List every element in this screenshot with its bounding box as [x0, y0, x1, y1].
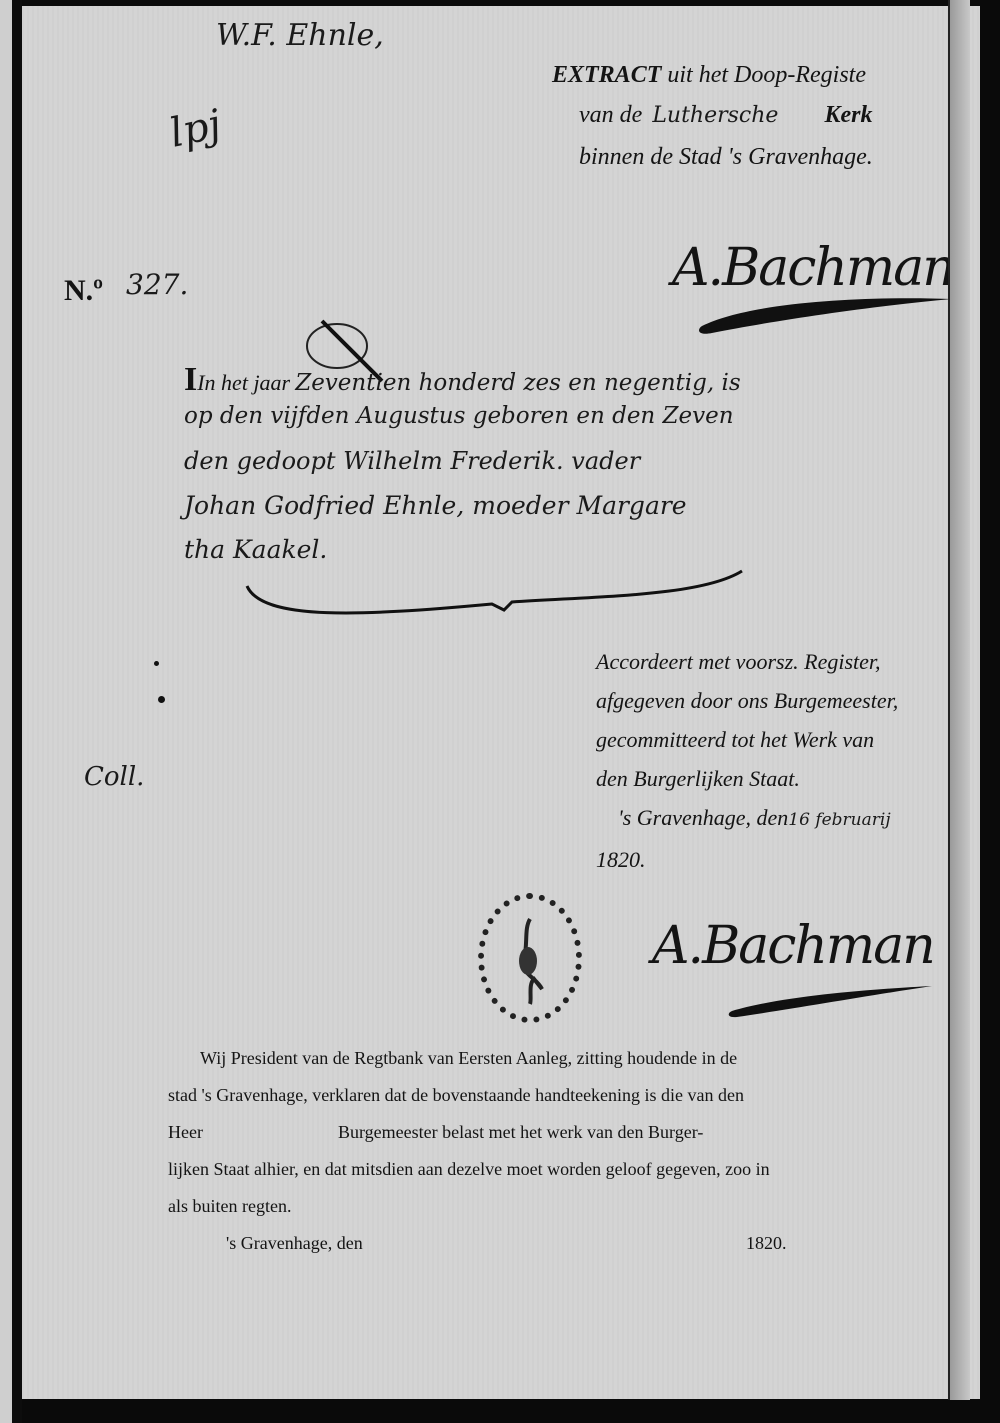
court-attestation: Wij President van de Regtbank van Eerste… — [168, 1040, 978, 1262]
title-line-3: binnen de Stad 's Gravenhage. — [579, 144, 873, 171]
document-page: W.F. Ehnle, lpj EXTRACT uit het Doop-Reg… — [22, 6, 980, 1399]
certification-place-date: 's Gravenhage, den16 februarij — [596, 798, 898, 840]
margin-name: W.F. Ehnle, — [216, 18, 384, 53]
binding-fold — [12, 0, 22, 1423]
entry-line: den gedoopt Wilhelm Frederik. vader — [184, 447, 984, 491]
attestation-line: Heer Burgemeester belast met het werk va… — [168, 1114, 978, 1151]
signature-underline-top — [692, 291, 962, 341]
ink-spot — [154, 661, 159, 666]
margin-initials: lpj — [166, 101, 225, 157]
signature-top: A.Bachman — [672, 238, 954, 298]
certification-line: gecommitteerd tot het Werk van — [596, 720, 898, 759]
place-date-printed: 's Gravenhage, den — [618, 805, 788, 830]
entry-line: op den vijfden Augustus geboren en den Z… — [184, 403, 984, 447]
attestation-line: als buiten regten. — [168, 1188, 978, 1225]
attestation-line: lijken Staat alhier, en dat mitsdien aan… — [168, 1151, 978, 1188]
signature-underline-bottom — [722, 981, 942, 1021]
attestation-line: stad 's Gravenhage, verklaren dat de bov… — [168, 1077, 978, 1114]
entry-line: Johan Godfried Ehnle, moeder Margare — [184, 491, 984, 535]
certification-line: Accordeert met voorsz. Register, — [596, 642, 898, 681]
entry-bracket-flourish — [242, 566, 752, 626]
entry-line: IIn het jaar Zeventien honderd zes en ne… — [184, 361, 984, 403]
entry-handwritten: Zeventien honderd zes en negentig, is — [295, 370, 740, 396]
margin-note: Coll. — [84, 762, 144, 792]
title-line-1: EXTRACT uit het Doop-Registe — [552, 62, 866, 89]
certification-line: afgegeven door ons Burgemeester, — [596, 681, 898, 720]
stork-icon — [484, 899, 576, 1017]
date-handwritten: 16 februarij — [788, 810, 890, 830]
baptism-entry: IIn het jaar Zeventien honderd zes en ne… — [184, 361, 984, 579]
title-line-2: van de Luthersche Kerk — [579, 102, 872, 129]
certification-block: Accordeert met voorsz. Register, afgegev… — [596, 642, 898, 879]
attestation-place-date: 's Gravenhage, den 1820. — [168, 1225, 978, 1262]
title-line-2-suffix: Kerk — [824, 102, 872, 128]
church-name-handwritten: Luthersche — [652, 103, 778, 128]
ink-spot — [158, 696, 165, 703]
signature-bottom: A.Bachman — [652, 916, 934, 976]
page-right-edge — [948, 0, 970, 1400]
stork-seal-stamp — [478, 893, 582, 1023]
certification-line: den Burgerlijken Staat. — [596, 759, 898, 798]
title-line-2-prefix: van de — [579, 102, 642, 128]
record-number-label: N.º — [64, 274, 103, 308]
adjacent-page-edge — [0, 0, 12, 1423]
attestation-place: 's Gravenhage, den — [226, 1233, 363, 1253]
title-line-1-rest: uit het Doop-Registe — [667, 62, 866, 88]
title-extract: EXTRACT — [552, 62, 661, 88]
certification-year: 1820. — [596, 840, 898, 879]
attestation-line: Wij President van de Regtbank van Eerste… — [168, 1040, 978, 1077]
entry-printed: In het jaar — [197, 370, 290, 395]
attestation-year: 1820. — [746, 1225, 787, 1262]
record-number-value: 327. — [126, 268, 188, 301]
